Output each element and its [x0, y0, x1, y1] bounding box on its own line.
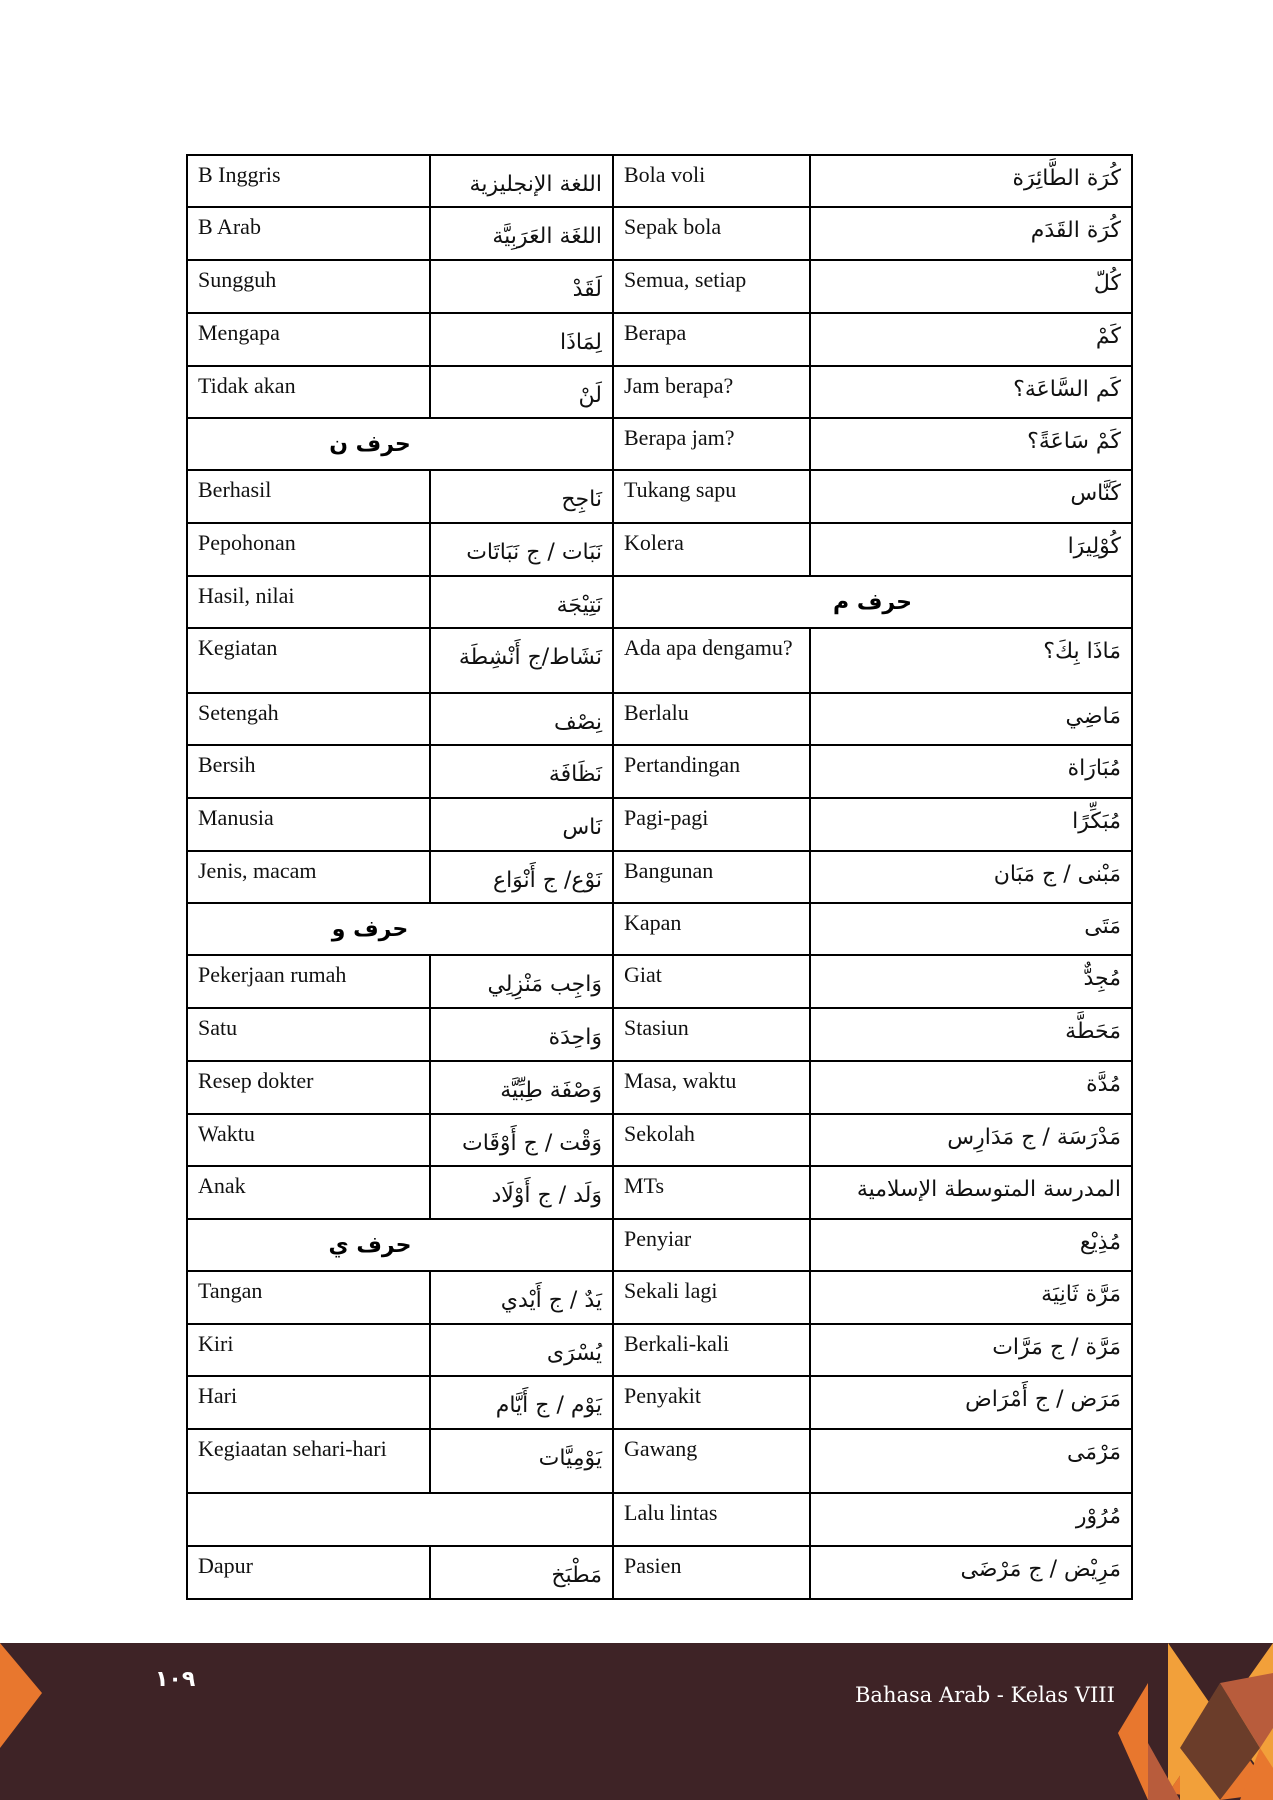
vocabulary-table: B Inggrisاللغة الإنجليزيةBola voliكُرَة …: [186, 154, 1133, 1600]
indonesian-term: Anak: [187, 1166, 430, 1219]
table-row: SetengahنِصْفBerlaluمَاضِي: [187, 693, 1132, 745]
table-row: Kegiaatan sehari-hariيَوْمِيَّاتGawangمَ…: [187, 1429, 1132, 1493]
table-row: BersihنَظَافَةPertandinganمُبَارَاة: [187, 745, 1132, 798]
arabic-term: يَوْم / ج أَيَّام: [430, 1376, 613, 1429]
indonesian-term: Berapa jam?: [613, 418, 810, 470]
indonesian-term: Hari: [187, 1376, 430, 1429]
indonesian-term: Jenis, macam: [187, 851, 430, 903]
table-row: حرف نBerapa jam?كَمْ سَاعَةً؟: [187, 418, 1132, 470]
arabic-term: كَمْ سَاعَةً؟: [810, 418, 1132, 470]
table-row: حرف وKapanمَتَى: [187, 903, 1132, 955]
table-row: KiriيُسْرَىBerkali-kaliمَرَّة / ج مَرَّا…: [187, 1324, 1132, 1376]
indonesian-term: Dapur: [187, 1546, 430, 1599]
indonesian-term: Tukang sapu: [613, 470, 810, 523]
indonesian-term: Resep dokter: [187, 1061, 430, 1114]
arabic-term: يُسْرَى: [430, 1324, 613, 1376]
indonesian-term: Pertandingan: [613, 745, 810, 798]
indonesian-term: Gawang: [613, 1429, 810, 1493]
arabic-term: مُجِدٌّ: [810, 955, 1132, 1008]
table-row: Resep dokterوَصْفَة طِبِّيَّةMasa, waktu…: [187, 1061, 1132, 1114]
indonesian-term: Kegiaatan sehari-hari: [187, 1429, 430, 1493]
indonesian-term: Pasien: [613, 1546, 810, 1599]
arabic-term: مَدْرَسَة / ج مَدَارِس: [810, 1114, 1132, 1166]
arabic-term: وَاجِب مَنْزِلِي: [430, 955, 613, 1008]
indonesian-term: Penyakit: [613, 1376, 810, 1429]
arabic-term: كَمْ: [810, 313, 1132, 366]
arabic-term: لِمَاذَا: [430, 313, 613, 366]
indonesian-term: Giat: [613, 955, 810, 1008]
indonesian-term: Bola voli: [613, 155, 810, 207]
letter-section-header: حرف ي: [187, 1219, 613, 1271]
arabic-term: كَنَّاس: [810, 470, 1132, 523]
table-row: Lalu lintasمُرُوْر: [187, 1493, 1132, 1546]
table-row: Tanganيَدٌ / ج أَيْديSekali lagiمَرَّة ث…: [187, 1271, 1132, 1324]
indonesian-term: Sekali lagi: [613, 1271, 810, 1324]
arabic-term: لَقَدْ: [430, 260, 613, 313]
arabic-term: نَظَافَة: [430, 745, 613, 798]
page-footer: ١٠٩ Bahasa Arab - Kelas VIII: [0, 1643, 1273, 1800]
indonesian-term: Berlalu: [613, 693, 810, 745]
arabic-term: اللغة الإنجليزية: [430, 155, 613, 207]
indonesian-term: Bangunan: [613, 851, 810, 903]
indonesian-term: MTs: [613, 1166, 810, 1219]
arabic-term: مَرِيْض / ج مَرْضَى: [810, 1546, 1132, 1599]
empty-cell: [187, 1493, 613, 1546]
indonesian-term: Sekolah: [613, 1114, 810, 1166]
indonesian-term: Berkali-kali: [613, 1324, 810, 1376]
arabic-term: مُبَكِّرًا: [810, 798, 1132, 851]
arabic-term: المدرسة المتوسطة الإسلامية: [810, 1166, 1132, 1219]
indonesian-term: Waktu: [187, 1114, 430, 1166]
indonesian-term: Tidak akan: [187, 366, 430, 418]
indonesian-term: Bersih: [187, 745, 430, 798]
arabic-term: نَاس: [430, 798, 613, 851]
indonesian-term: Pepohonan: [187, 523, 430, 576]
table-row: حرف يPenyiarمُذِيْع: [187, 1219, 1132, 1271]
indonesian-term: Kegiatan: [187, 628, 430, 693]
letter-section-header: حرف ن: [187, 418, 613, 470]
arabic-term: وَصْفَة طِبِّيَّة: [430, 1061, 613, 1114]
indonesian-term: Semua, setiap: [613, 260, 810, 313]
arabic-term: نَشَاط/ج أَنْشِطَة: [430, 628, 613, 693]
table-row: Jenis, macamنَوْع/ ج أَنْوَاعBangunanمَب…: [187, 851, 1132, 903]
letter-section-header: حرف و: [187, 903, 613, 955]
book-title: Bahasa Arab - Kelas VIII: [855, 1683, 1115, 1707]
table-row: DapurمَطْبَخPasienمَرِيْض / ج مَرْضَى: [187, 1546, 1132, 1599]
indonesian-term: Masa, waktu: [613, 1061, 810, 1114]
table-row: Hasil, nilaiنَتِيْجَةحرف م: [187, 576, 1132, 628]
arabic-term: مُدَّة: [810, 1061, 1132, 1114]
arabic-term: يَوْمِيَّات: [430, 1429, 613, 1493]
table-row: SatuوَاحِدَةStasiunمَحَطَّة: [187, 1008, 1132, 1061]
arabic-term: مَرْمَى: [810, 1429, 1132, 1493]
table-row: Pekerjaan rumahوَاجِب مَنْزِلِيGiatمُجِد…: [187, 955, 1132, 1008]
arabic-term: وَقْت / ج أَوْقَات: [430, 1114, 613, 1166]
indonesian-term: Tangan: [187, 1271, 430, 1324]
arabic-term: مَرَّة / ج مَرَّات: [810, 1324, 1132, 1376]
indonesian-term: Setengah: [187, 693, 430, 745]
arabic-term: وَلَد / ج أَوْلَاد: [430, 1166, 613, 1219]
arabic-term: نَاجِح: [430, 470, 613, 523]
indonesian-term: Ada apa dengamu?: [613, 628, 810, 693]
table-row: Pepohonanنَبَات / ج نَبَاتَاتKoleraكُوْل…: [187, 523, 1132, 576]
indonesian-term: Berapa: [613, 313, 810, 366]
arabic-term: مُبَارَاة: [810, 745, 1132, 798]
indonesian-term: Satu: [187, 1008, 430, 1061]
indonesian-term: Stasiun: [613, 1008, 810, 1061]
arabic-term: وَاحِدَة: [430, 1008, 613, 1061]
arabic-term: مَرَّة ثَانِيَة: [810, 1271, 1132, 1324]
indonesian-term: Pekerjaan rumah: [187, 955, 430, 1008]
arabic-term: اللغَة العَرَبِيَّة: [430, 207, 613, 260]
arabic-term: مَرَض / ج أَمْرَاض: [810, 1376, 1132, 1429]
table-row: Kegiatanنَشَاط/ج أَنْشِطَةAda apa dengam…: [187, 628, 1132, 693]
arabic-term: يَدٌ / ج أَيْدي: [430, 1271, 613, 1324]
arabic-term: نَتِيْجَة: [430, 576, 613, 628]
table-row: ManusiaنَاسPagi-pagiمُبَكِّرًا: [187, 798, 1132, 851]
indonesian-term: Sungguh: [187, 260, 430, 313]
indonesian-term: B Inggris: [187, 155, 430, 207]
indonesian-term: Pagi-pagi: [613, 798, 810, 851]
arabic-term: مَاذَا بِكَ؟: [810, 628, 1132, 693]
arabic-term: كُلّ: [810, 260, 1132, 313]
arabic-term: نِصْف: [430, 693, 613, 745]
arabic-term: مَاضِي: [810, 693, 1132, 745]
arabic-term: كَم السَّاعَة؟: [810, 366, 1132, 418]
table-row: Waktuوَقْت / ج أَوْقَاتSekolahمَدْرَسَة …: [187, 1114, 1132, 1166]
arabic-term: كُرَة الطَّائِرَة: [810, 155, 1132, 207]
indonesian-term: Kapan: [613, 903, 810, 955]
indonesian-term: Sepak bola: [613, 207, 810, 260]
indonesian-term: Penyiar: [613, 1219, 810, 1271]
table-row: MengapaلِمَاذَاBerapaكَمْ: [187, 313, 1132, 366]
arabic-term: لَنْ: [430, 366, 613, 418]
indonesian-term: Kiri: [187, 1324, 430, 1376]
indonesian-term: Jam berapa?: [613, 366, 810, 418]
arabic-term: كُرَة القَدَم: [810, 207, 1132, 260]
arabic-term: نَوْع/ ج أَنْوَاع: [430, 851, 613, 903]
indonesian-term: Berhasil: [187, 470, 430, 523]
arabic-term: مُذِيْع: [810, 1219, 1132, 1271]
arabic-term: كُوْلِيرَا: [810, 523, 1132, 576]
indonesian-term: Mengapa: [187, 313, 430, 366]
indonesian-term: Kolera: [613, 523, 810, 576]
table-row: SungguhلَقَدْSemua, setiapكُلّ: [187, 260, 1132, 313]
table-row: Tidak akanلَنْJam berapa?كَم السَّاعَة؟: [187, 366, 1132, 418]
indonesian-term: Lalu lintas: [613, 1493, 810, 1546]
indonesian-term: B Arab: [187, 207, 430, 260]
indonesian-term: Manusia: [187, 798, 430, 851]
letter-section-header: حرف م: [613, 576, 1132, 628]
table-row: BerhasilنَاجِحTukang sapuكَنَّاس: [187, 470, 1132, 523]
table-row: B Arabاللغَة العَرَبِيَّةSepak bolaكُرَة…: [187, 207, 1132, 260]
table-row: Hariيَوْم / ج أَيَّامPenyakitمَرَض / ج أ…: [187, 1376, 1132, 1429]
arabic-term: مَبْنى / ج مَبَان: [810, 851, 1132, 903]
arabic-term: مَتَى: [810, 903, 1132, 955]
indonesian-term: Hasil, nilai: [187, 576, 430, 628]
arabic-term: مَطْبَخ: [430, 1546, 613, 1599]
arabic-term: مُرُوْر: [810, 1493, 1132, 1546]
table-row: B Inggrisاللغة الإنجليزيةBola voliكُرَة …: [187, 155, 1132, 207]
arabic-term: مَحَطَّة: [810, 1008, 1132, 1061]
table-row: Anakوَلَد / ج أَوْلَادMTsالمدرسة المتوسط…: [187, 1166, 1132, 1219]
page-number: ١٠٩: [155, 1667, 195, 1692]
arabic-term: نَبَات / ج نَبَاتَات: [430, 523, 613, 576]
